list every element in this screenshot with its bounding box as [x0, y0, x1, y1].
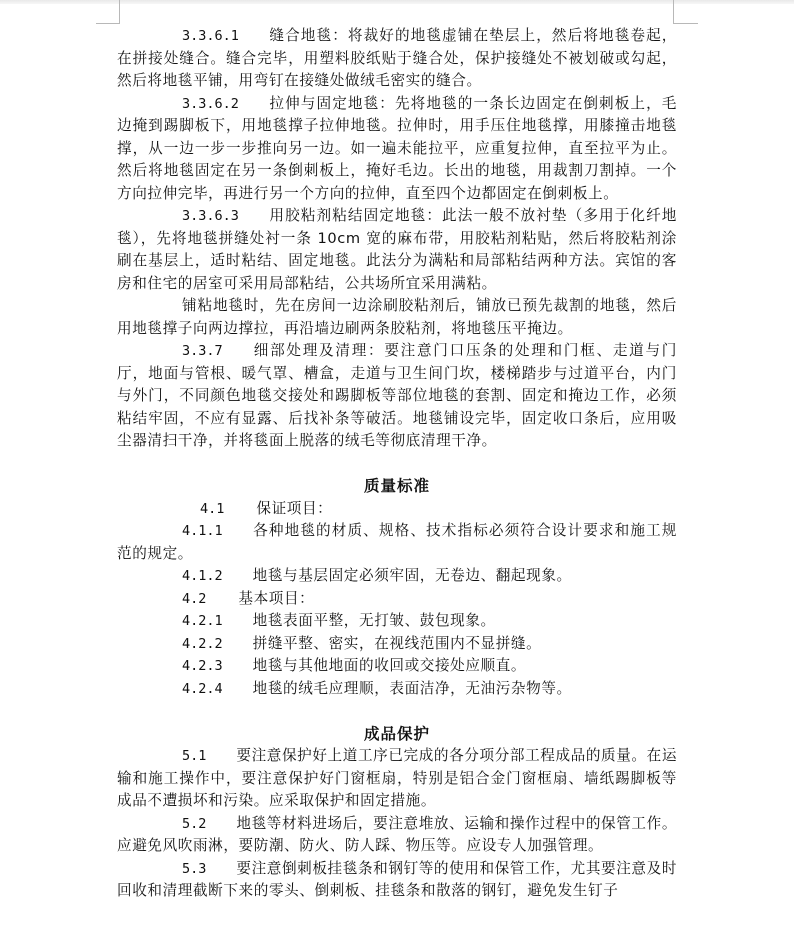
heading-quality-standard: 质量标准	[117, 475, 677, 498]
section-number: 3.3.7	[182, 343, 223, 359]
item-4-2-3: 4.2.3地毯与其他地面的收回或交接处应顺直。	[117, 655, 677, 678]
item-5-3: 5.3要注意倒刺板挂毯条和钢钉等的使用和保管工作，尤其要注意及时回收和清理截断下…	[117, 858, 677, 903]
item-5-2: 5.2地毯等材料进场后，要注意堆放、运输和操作过程中的保管工作。应避免风吹雨淋，…	[117, 813, 677, 858]
document-page: 3.3.6.1缝合地毯：将裁好的地毯虚铺在垫层上，然后将地毯卷起，在拼接处缝合。…	[117, 25, 677, 903]
item-4-1: 4.1保证项目：	[117, 498, 677, 521]
item-4-2-4: 4.2.4地毯的绒毛应理顺，表面洁净，无油污杂物等。	[117, 678, 677, 701]
paragraph-adhesive-procedure: 铺粘地毯时，先在房间一边涂刷胶粘剂后，铺放已预先裁割的地毯，然后用地毯撑子向两边…	[117, 295, 677, 340]
item-text: 地毯的绒毛应理顺，表面洁净，无油污杂物等。	[253, 680, 572, 697]
item-number: 4.2	[182, 591, 206, 607]
item-text: 地毯表面平整，无打皱、鼓包现象。	[253, 612, 496, 629]
section-number: 3.3.6.1	[182, 28, 239, 44]
item-number: 4.2.2	[182, 636, 223, 652]
item-number: 4.1	[200, 501, 224, 517]
item-text: 地毯与其他地面的收回或交接处应顺直。	[253, 657, 527, 674]
item-number: 4.1.1	[182, 523, 223, 539]
paragraph-text: 铺粘地毯时，先在房间一边涂刷胶粘剂后，铺放已预先裁割的地毯，然后用地毯撑子向两边…	[117, 297, 677, 337]
heading-product-protection: 成品保护	[117, 723, 677, 746]
item-5-1: 5.1要注意保护好上道工序已完成的各分项分部工程成品的质量。在运输和施工操作中，…	[117, 745, 677, 813]
paragraph-3-3-6-3: 3.3.6.3用胶粘剂粘结固定地毯：此法一般不放衬垫（多用于化纤地毯），先将地毯…	[117, 205, 677, 295]
item-number: 4.2.3	[182, 658, 223, 674]
item-text: 拼缝平整、密实，在视线范围内不显拼缝。	[253, 635, 542, 652]
item-4-1-2: 4.1.2地毯与基层固定必须牢固，无卷边、翻起现象。	[117, 565, 677, 588]
item-number: 5.3	[182, 861, 206, 877]
paragraph-3-3-6-2: 3.3.6.2拉伸与固定地毯：先将地毯的一条长边固定在倒刺板上，毛边掩到踢脚板下…	[117, 93, 677, 206]
item-4-2: 4.2基本项目：	[117, 588, 677, 611]
item-number: 4.1.2	[182, 568, 223, 584]
item-number: 4.2.1	[182, 613, 223, 629]
item-text: 地毯与基层固定必须牢固，无卷边、翻起现象。	[253, 567, 572, 584]
item-4-2-2: 4.2.2拼缝平整、密实，在视线范围内不显拼缝。	[117, 633, 677, 656]
section-number: 3.3.6.3	[182, 208, 239, 224]
section-number: 3.3.6.2	[182, 96, 239, 112]
item-4-1-1: 4.1.1各种地毯的材质、规格、技术指标必须符合设计要求和施工规范的规定。	[117, 520, 677, 565]
right-margin-corner-mark	[673, 0, 698, 24]
paragraph-3-3-7: 3.3.7细部处理及清理：要注意门口压条的处理和门框、走道与门厅，地面与管根、暖…	[117, 340, 677, 453]
item-text: 保证项目：	[256, 500, 332, 517]
item-4-2-1: 4.2.1地毯表面平整，无打皱、鼓包现象。	[117, 610, 677, 633]
item-number: 5.2	[182, 816, 206, 832]
paragraph-3-3-6-1: 3.3.6.1缝合地毯：将裁好的地毯虚铺在垫层上，然后将地毯卷起，在拼接处缝合。…	[117, 25, 677, 93]
item-number: 5.1	[182, 748, 206, 764]
item-text: 基本项目：	[238, 590, 314, 607]
item-number: 4.2.4	[182, 681, 223, 697]
left-margin-corner-mark	[96, 0, 120, 24]
